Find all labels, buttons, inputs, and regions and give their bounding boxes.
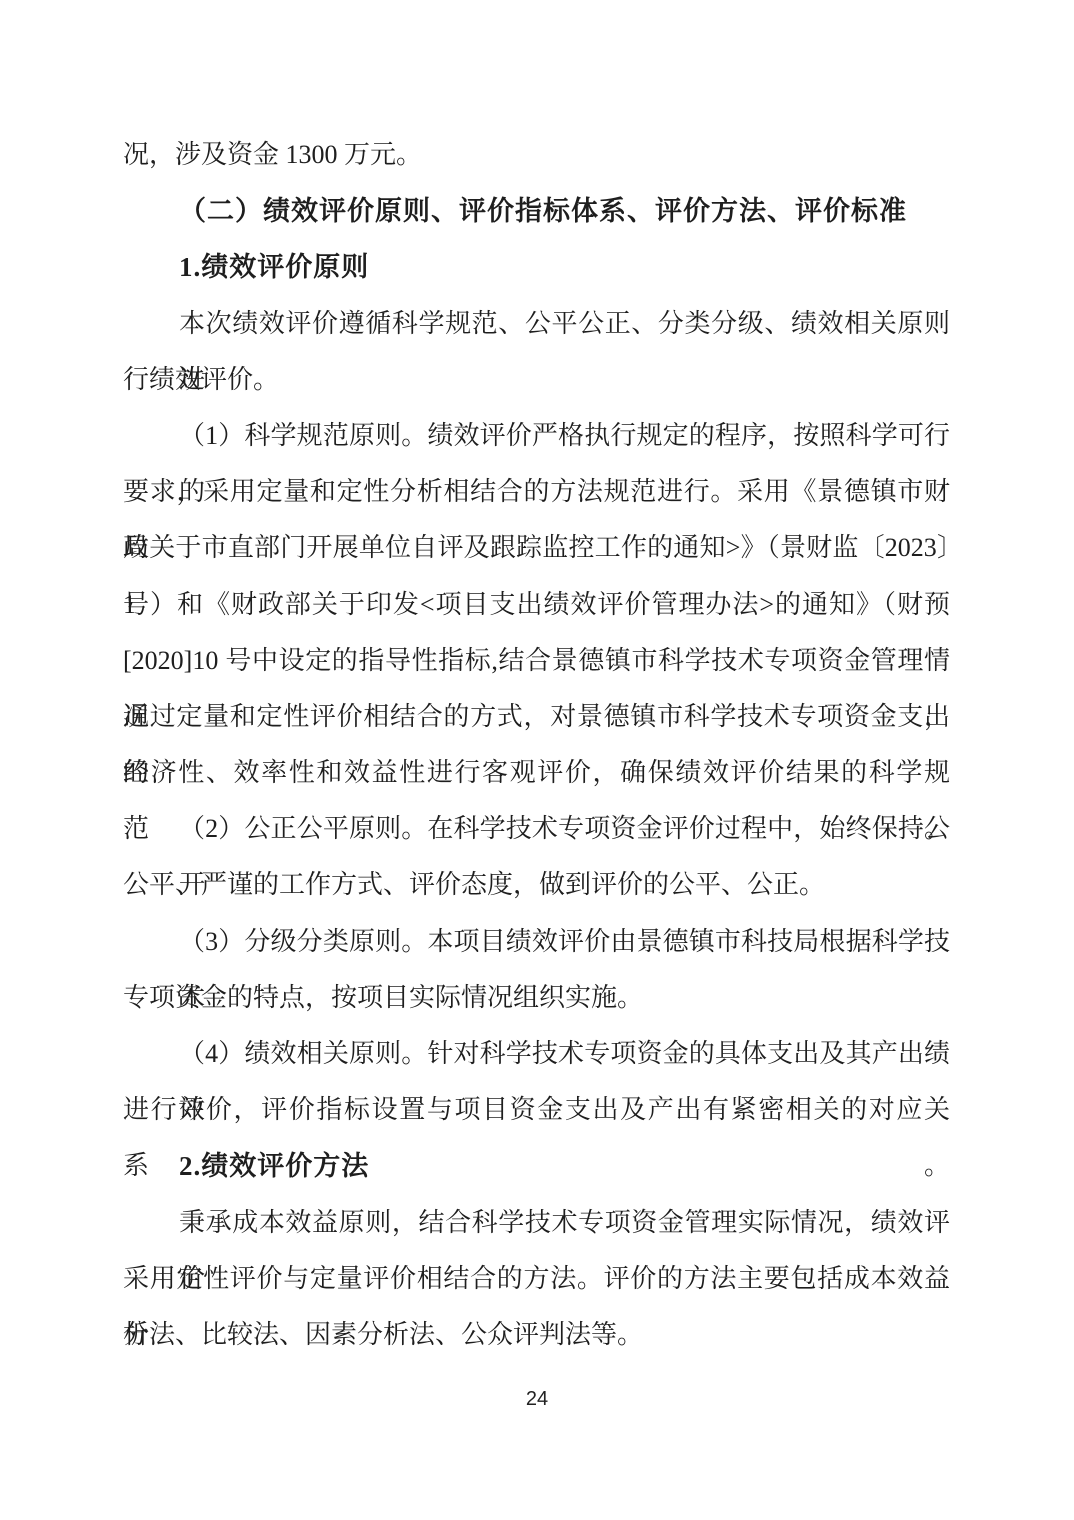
text-line: 秉承成本效益原则，结合科学技术专项资金管理实际情况，绩效评价 — [123, 1195, 950, 1251]
text-line: 进行评价，评价指标设置与项目资金支出及产出有紧密相关的对应关系。 — [123, 1082, 950, 1138]
text-line: 公平、严谨的工作方式、评价态度，做到评价的公平、公正。 — [123, 857, 950, 913]
text-line: （3）分级分类原则。本项目绩效评价由景德镇市科技局根据科学技术 — [123, 914, 950, 970]
text-line: 经济性、效率性和效益性进行客观评价，确保绩效评价结果的科学规范。 — [123, 745, 950, 801]
text-line: 采用定性评价与定量评价相结合的方法。评价的方法主要包括成本效益分 — [123, 1251, 950, 1307]
text-line: （1）科学规范原则。绩效评价严格执行规定的程序，按照科学可行的 — [123, 408, 950, 464]
text-line: 况，涉及资金 1300 万元。 — [123, 127, 950, 183]
document-page: 况，涉及资金 1300 万元。（二）绩效评价原则、评价指标体系、评价方法、评价标… — [0, 0, 1074, 1520]
text-line: 行绩效评价。 — [123, 352, 950, 408]
text-line: 要求，采用定量和定性分析相结合的方法规范进行。采用《景德镇市财政 — [123, 464, 950, 520]
text-line: 专项资金的特点，按项目实际情况组织实施。 — [123, 970, 950, 1026]
page-number: 24 — [0, 1388, 1074, 1411]
text-line: [2020]10 号中设定的指导性指标,结合景德镇市科学技术专项资金管理情况， — [123, 633, 950, 689]
text-line: 1.绩效评价原则 — [123, 239, 950, 295]
text-line: 通过定量和定性评价相结合的方式，对景德镇市科学技术专项资金支出的 — [123, 689, 950, 745]
text-line: 本次绩效评价遵循科学规范、公平公正、分类分级、绩效相关原则进 — [123, 296, 950, 352]
text-line: （4）绩效相关原则。针对科学技术专项资金的具体支出及其产出绩效 — [123, 1026, 950, 1082]
text-line: 号）和《财政部关于印发<项目支出绩效评价管理办法>的通知》（财预 — [123, 577, 950, 633]
text-line: 局关于市直部门开展单位自评及跟踪监控工作的通知>》（景财监〔2023〕1 — [123, 520, 950, 576]
document-body: 况，涉及资金 1300 万元。（二）绩效评价原则、评价指标体系、评价方法、评价标… — [123, 127, 950, 1363]
text-line: （二）绩效评价原则、评价指标体系、评价方法、评价标准 — [123, 183, 950, 239]
text-line: （2）公正公平原则。在科学技术专项资金评价过程中，始终保持公开 — [123, 801, 950, 857]
text-line: 析法、比较法、因素分析法、公众评判法等。 — [123, 1307, 950, 1363]
